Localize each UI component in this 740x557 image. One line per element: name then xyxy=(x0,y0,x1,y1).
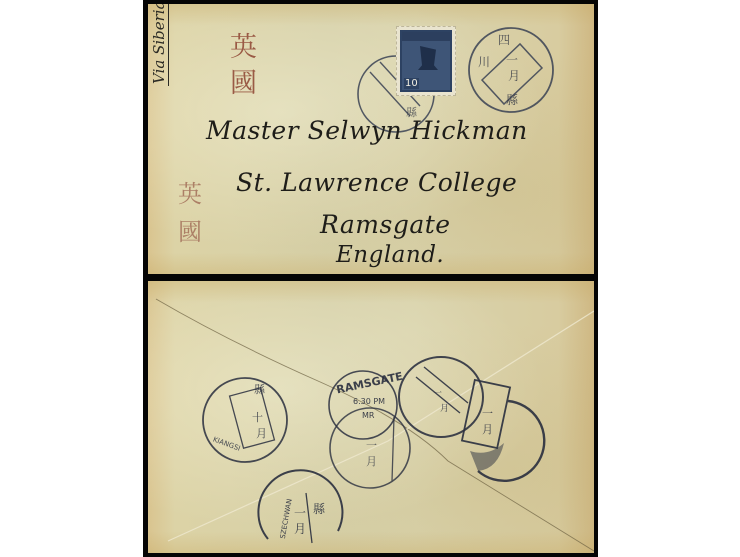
stamp-header xyxy=(402,32,450,41)
svg-text:月: 月 xyxy=(366,455,377,468)
chinese-label-bottom-char-1: 英 xyxy=(178,182,202,206)
ramsgate-postmark-text: RAMSGATE 6.30 PM MR xyxy=(335,370,404,420)
svg-text:縣: 縣 xyxy=(506,93,519,107)
svg-text:MR: MR xyxy=(362,411,375,420)
svg-text:月: 月 xyxy=(440,403,449,414)
back-markings: 縣 十 月 KIANGSI RAMSGATE 6.30 PM MR 一 月 xyxy=(148,281,594,553)
stamp-denomination: 10 xyxy=(404,78,419,89)
chinese-transit-postmark-center-text: 一 月 xyxy=(366,439,377,468)
svg-text:一: 一 xyxy=(482,407,493,420)
svg-text:縣: 縣 xyxy=(254,383,266,396)
svg-text:四: 四 xyxy=(498,33,510,47)
chinese-label-top-char-1: 英 xyxy=(230,34,257,61)
address-line-name: Master Selwyn Hickman xyxy=(206,116,528,145)
junk-ship-icon xyxy=(418,46,438,70)
postage-stamp: 10 xyxy=(396,26,456,96)
sichuan-postmark-text: 四 川 一 月 縣 xyxy=(478,33,520,107)
chinese-label-bottom-char-2: 國 xyxy=(178,220,202,244)
address-line-school: St. Lawrence College xyxy=(236,168,517,197)
partial-postmark-far-right xyxy=(462,380,544,481)
svg-text:SZECHWAN: SZECHWAN xyxy=(279,498,294,539)
address-line-country: England. xyxy=(336,242,444,268)
chinese-transit-postmark-left xyxy=(203,378,287,462)
svg-text:一: 一 xyxy=(506,53,518,67)
address-line-town: Ramsgate xyxy=(320,210,451,239)
chinese-transit-postmark-bottom-text: 縣 一 月 SZECHWAN xyxy=(279,498,326,539)
svg-text:一: 一 xyxy=(433,389,442,399)
svg-text:月: 月 xyxy=(256,427,267,440)
envelope-flap-lines xyxy=(156,299,594,551)
svg-text:月: 月 xyxy=(482,423,493,436)
svg-text:RAMSGATE: RAMSGATE xyxy=(335,370,404,397)
envelope-back: 縣 十 月 KIANGSI RAMSGATE 6.30 PM MR 一 月 xyxy=(148,281,594,553)
chinese-label-top-char-2: 國 xyxy=(230,70,257,97)
svg-text:十: 十 xyxy=(252,410,263,424)
via-siberia-note: Via Siberia xyxy=(150,4,169,86)
partial-postmark-far-right-text: 一 月 xyxy=(482,407,493,436)
svg-text:6.30 PM: 6.30 PM xyxy=(353,397,385,406)
svg-text:縣: 縣 xyxy=(313,502,326,516)
svg-text:一: 一 xyxy=(366,439,377,452)
svg-text:月: 月 xyxy=(294,522,306,536)
svg-text:川: 川 xyxy=(478,55,490,69)
svg-text:月: 月 xyxy=(508,69,520,83)
envelope-front: 四 川 一 月 縣 縣 Via Siberia 英 國 英 國 10 Maste… xyxy=(148,4,594,274)
svg-text:一: 一 xyxy=(294,506,306,520)
stamp-design: 10 xyxy=(400,30,452,92)
